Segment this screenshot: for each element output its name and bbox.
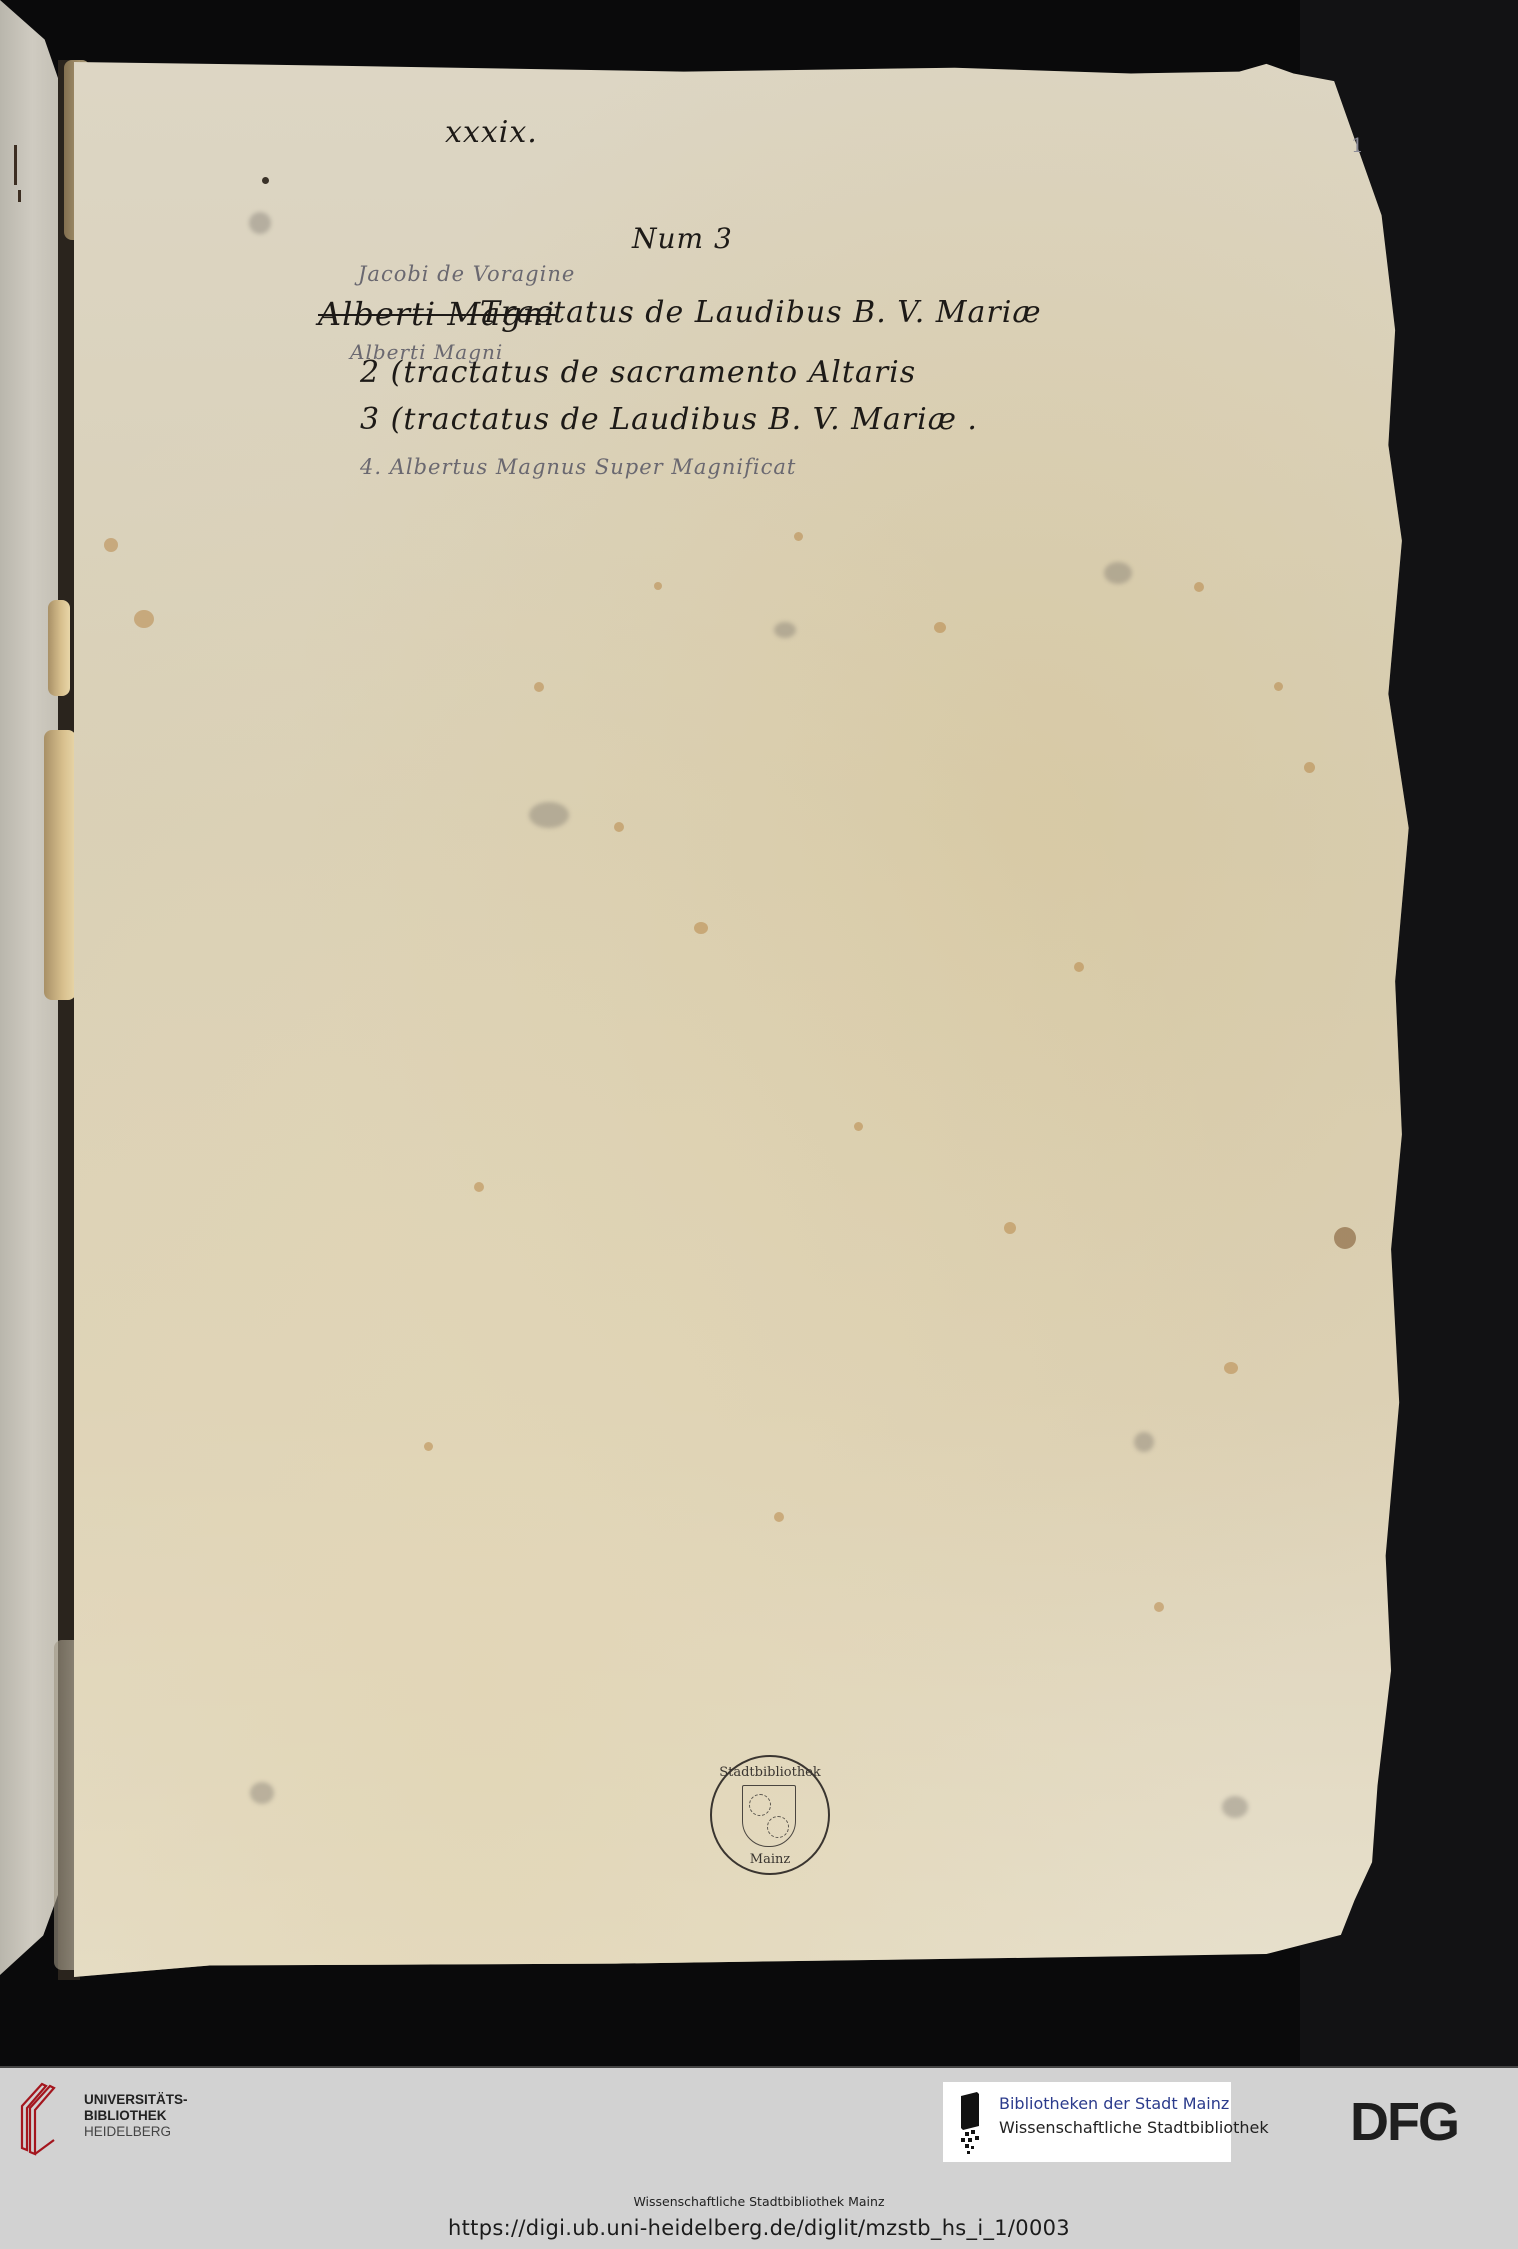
foxing-spot [694,922,708,934]
manuscript-scan: 1 xxxix. Num 3 Jacobi de Voragine Albert… [0,0,1518,2066]
foxing-spot [534,682,544,692]
dfg-logo[interactable]: DFG [1350,2094,1458,2150]
ink-dot [262,177,269,184]
manuscript-page [74,62,1429,1977]
stamp-bottom-text: Mainz [712,1852,828,1867]
foxing-spot [774,1512,784,1522]
foxing-spot [1154,1602,1164,1612]
stamp-top-text: Stadtbibliothek [712,1765,828,1780]
foxing-spot [1304,762,1315,773]
foxing-spot [1004,1222,1016,1234]
mainz-logo-line2: Wissenschaftliche Stadtbibliothek [999,2118,1269,2137]
foxing-spot [1194,582,1204,592]
entry-4-title: 4. Albertus Magnus Super Magnificat [360,455,796,479]
coat-of-arms-icon [742,1785,796,1847]
cover-stain [18,190,21,202]
folio-number: 1 [1351,133,1364,157]
smudge [529,802,569,828]
ub-logo-line2: BIBLIOTHEK [84,2108,188,2124]
permalink-url[interactable]: https://digi.ub.uni-heidelberg.de/diglit… [0,2216,1518,2240]
foxing-spot [854,1122,863,1131]
ub-heidelberg-logo[interactable]: UNIVERSITÄTS- BIBLIOTHEK HEIDELBERG [14,2078,214,2158]
foxing-spot [1224,1362,1238,1374]
foxing-spot [654,582,662,590]
foxing-spot [424,1442,433,1451]
smudge [1222,1796,1248,1818]
foxing-spot [474,1182,484,1192]
ub-book-mark-icon [14,2078,74,2158]
smudge [774,622,796,638]
smudge [250,1782,274,1804]
smudge [1134,1432,1154,1452]
foxing-spot [1074,962,1084,972]
mainz-library-logo[interactable]: Bibliotheken der Stadt Mainz Wissenschaf… [943,2082,1231,2162]
binding-strip [48,600,70,696]
entry-1-title: Tractatus de Laudibus B. V. Mariæ [480,295,1042,330]
entry-2-title: 2 (tractatus de sacramento Altaris [360,355,916,390]
handwritten-heading: Num 3 [632,222,733,255]
foxing-spot [614,822,624,832]
interlinear-correction: Jacobi de Voragine [358,262,575,286]
smudge [249,212,271,234]
foxing-spot [794,532,803,541]
library-stamp: Stadtbibliothek Mainz [710,1755,830,1875]
foxing-spot [1334,1227,1356,1249]
ub-logo-line3: HEIDELBERG [84,2124,188,2140]
foxing-spot [1274,682,1283,691]
binding-strip [44,730,76,1000]
entry-3-title: 3 (tractatus de Laudibus B. V. Mariæ . [360,402,978,437]
smudge [1104,562,1132,584]
wheel-icon [749,1794,771,1816]
ub-logo-text: UNIVERSITÄTS- BIBLIOTHEK HEIDELBERG [84,2092,188,2140]
footer: UNIVERSITÄTS- BIBLIOTHEK HEIDELBERG Bibl… [0,2066,1518,2249]
mainz-logo-line1: Bibliotheken der Stadt Mainz [999,2094,1229,2113]
top-numeral: xxxix. [445,115,538,150]
cover-stain [14,145,17,185]
holding-institution: Wissenschaftliche Stadtbibliothek Mainz [0,2194,1518,2209]
pixel-book-icon [955,2092,985,2156]
wheel-icon [767,1816,789,1838]
ub-logo-line1: UNIVERSITÄTS- [84,2092,188,2108]
foxing-spot [934,622,946,633]
foxing-spot [134,610,154,628]
foxing-spot [104,538,118,552]
